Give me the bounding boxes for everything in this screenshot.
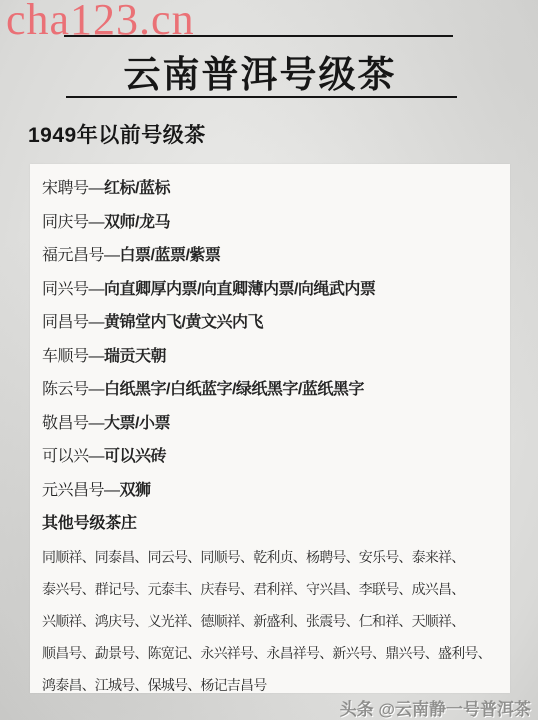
dash-separator: — (104, 482, 120, 499)
tea-list-card: 宋聘号—红标/蓝标 同庆号—双师/龙马 福元昌号—白票/蓝票/紫票 同兴号—向直… (30, 164, 510, 693)
page-title: 云南普洱号级茶 (0, 44, 520, 98)
list-item: 元兴昌号—双狮 (42, 474, 498, 508)
dash-separator: — (89, 214, 105, 231)
tea-brand-name: 同兴号 (42, 281, 89, 298)
tea-brand-name: 敬昌号 (42, 415, 89, 432)
list-item: 同兴号—向直卿厚内票/向直卿薄内票/向绳武内票 (42, 273, 498, 307)
dash-separator: — (89, 381, 105, 398)
other-houses-line: 同顺祥、同泰昌、同云号、同顺号、乾利贞、杨聘号、安乐号、泰来祥、 (42, 541, 498, 573)
list-item: 敬昌号—大票/小票 (42, 407, 498, 441)
tea-brand-marks: 双狮 (120, 482, 151, 499)
dash-separator: — (89, 415, 105, 432)
brand-watermark: cha123.cn (6, 0, 195, 45)
tea-brand-name: 宋聘号 (42, 180, 89, 197)
dash-separator: — (89, 281, 105, 298)
tea-brand-name: 元兴昌号 (42, 482, 104, 499)
title-rule-bottom (66, 96, 457, 98)
tea-brand-marks: 可以兴砖 (104, 448, 166, 465)
dash-separator: — (89, 348, 105, 365)
footer-watermark: 头条 @云南静一号普洱茶 (340, 695, 531, 720)
tea-brand-marks: 大票/小票 (104, 415, 170, 432)
tea-brand-name: 同庆号 (42, 214, 89, 231)
list-item: 陈云号—白纸黑字/白纸蓝字/绿纸黑字/蓝纸黑字 (42, 373, 498, 407)
tea-brand-marks: 双师/龙马 (104, 214, 170, 231)
dash-separator: — (89, 314, 105, 331)
section-title: 1949年以前号级茶 (28, 119, 206, 149)
list-item: 同庆号—双师/龙马 (42, 206, 498, 240)
other-houses-line: 兴顺祥、鸿庆号、义光祥、德顺祥、新盛利、张震号、仁和祥、天顺祥、 (42, 605, 498, 637)
other-houses-title: 其他号级茶庄 (42, 507, 498, 541)
tea-brand-marks: 黄锦堂内飞/黄文兴内飞 (104, 314, 263, 331)
list-item: 福元昌号—白票/蓝票/紫票 (42, 239, 498, 273)
title-rule-top (64, 35, 453, 37)
tea-brand-marks: 白纸黑字/白纸蓝字/绿纸黑字/蓝纸黑字 (104, 381, 364, 398)
tea-brand-name: 陈云号 (42, 381, 89, 398)
list-item: 同昌号—黄锦堂内飞/黄文兴内飞 (42, 306, 498, 340)
list-item: 车顺号—瑞贡天朝 (42, 340, 498, 374)
list-item: 可以兴—可以兴砖 (42, 440, 498, 474)
tea-brand-name: 福元昌号 (42, 247, 104, 264)
tea-brand-name: 可以兴 (42, 448, 89, 465)
tea-brand-name: 车顺号 (42, 348, 89, 365)
tea-brand-marks: 白票/蓝票/紫票 (120, 247, 221, 264)
tea-brand-marks: 向直卿厚内票/向直卿薄内票/向绳武内票 (104, 281, 375, 298)
dash-separator: — (89, 448, 105, 465)
other-houses-line: 泰兴号、群记号、元泰丰、庆春号、君利祥、守兴昌、李联号、成兴昌、 (42, 573, 498, 605)
other-houses-line: 顺昌号、勐景号、陈宽记、永兴祥号、永昌祥号、新兴号、鼎兴号、盛利号、 (42, 637, 498, 669)
list-item: 宋聘号—红标/蓝标 (42, 172, 498, 206)
tea-brand-marks: 红标/蓝标 (104, 180, 170, 197)
dash-separator: — (104, 247, 120, 264)
tea-brand-marks: 瑞贡天朝 (104, 348, 166, 365)
dash-separator: — (89, 180, 105, 197)
tea-brand-name: 同昌号 (42, 314, 89, 331)
